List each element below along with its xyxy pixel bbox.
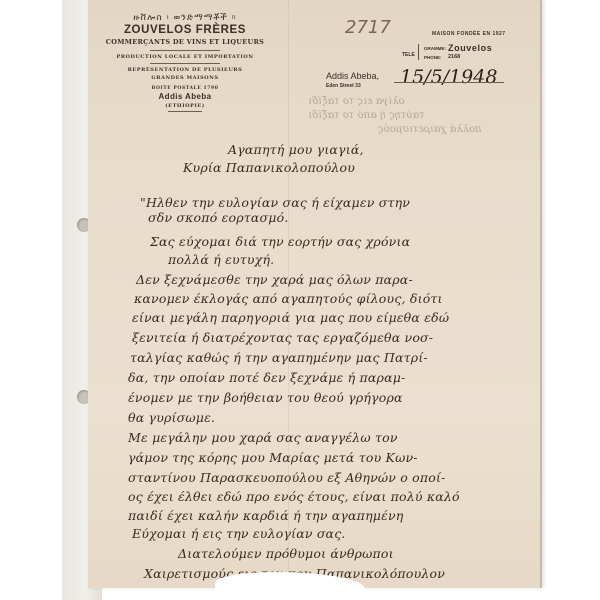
letter-line: ένομεν με την βοήθειαν του θεού γρήγορα <box>128 390 403 405</box>
recipient-name: Κυρία Παπανικολοπούλου <box>183 160 355 175</box>
salutation: Αγαπητή μου γιαγιά, <box>228 142 364 157</box>
street: Eden Street 33 <box>326 83 361 89</box>
date-line <box>394 82 504 83</box>
place: Addis Abeba, <box>326 71 379 81</box>
letter-line: είναι μεγάλη παρηγοριά για μας που είμεθ… <box>132 310 449 325</box>
letter-line: Δεν ξεχνάμεσθε την χαρά μας όλων παρα- <box>136 272 413 287</box>
country: (ETHIOPIE) <box>98 103 272 109</box>
letter-line: "Ηλθεν την ευλογίαν σας ή είχαμεν στην <box>140 195 410 210</box>
letter-line: θα γυρίσωμε. <box>128 410 215 425</box>
firm-name: ZOUVELOS FRÈRES <box>98 24 272 36</box>
bleed-through-text: ταύτης ή από το ταξίδι <box>308 110 425 121</box>
letter-line: Με μεγάλην μου χαρά σας αναγγέλω τον <box>128 430 398 445</box>
letter-line: παιδί έχει καλήν καρδιά ή την αγαπημένη <box>128 508 404 523</box>
phone-label: PHONE: <box>424 55 442 60</box>
divider <box>150 50 220 51</box>
closing: Διατελούμεν πρόθυμοι άνθρωποι <box>178 546 394 561</box>
letter-line: σταντίνου Παρασκευοπούλου εξ Αθηνών ο οπ… <box>128 470 446 485</box>
letter-line: ξενιτεία ή διατρέχοντας τας εργαζόμεθα ν… <box>132 330 433 345</box>
bleed-through-text: ολίγα εις το ταξίδι <box>308 96 405 107</box>
founded: MAISON FONDÉE EN 1927 <box>432 31 506 37</box>
letterhead-line-2: REPRÉSENTATION DE PLUSIEURS <box>98 67 272 73</box>
letter-date: 15/5/1948 <box>400 66 497 88</box>
letter-line: Σας εύχομαι διά την εορτήν σας χρόνια <box>150 234 410 249</box>
letter-line: κανομεν έκλογάς από αγαπητούς φίλους, δι… <box>134 291 443 306</box>
letter-page: ዙቨሎስ ፡ ወንድማማቾች ። ZOUVELOS FRÈRES COMMERÇ… <box>88 0 542 588</box>
divider <box>418 44 419 60</box>
letter-line: Εύχομαι ή εις την ευλογίαν σας. <box>132 526 346 541</box>
letter-line: πολλά ή ευτυχή. <box>168 252 274 267</box>
divider <box>168 111 202 112</box>
letterhead-line-1: PRODUCTION LOCALE ET IMPORTATION <box>98 54 272 60</box>
archive-number: 2717 <box>345 17 391 38</box>
city: Addis Abeba <box>98 92 272 101</box>
phone-value: 2168 <box>448 54 460 60</box>
letter-line: ταλγίας καθώς ή την αγαπημένην μας Πατρί… <box>130 350 428 365</box>
telegram-value: Zouvelos <box>448 43 492 53</box>
firm-subtitle: COMMERÇANTS DE VINS ET LIQUEURS <box>98 38 272 46</box>
letter-line: ος έχει έλθει εδώ προ ενός έτους, είναι … <box>128 489 460 504</box>
letter-line: σδν σκοπό εορτασμό. <box>148 210 289 225</box>
telegram-label: GRAMME: <box>424 46 446 51</box>
letter-line: δα, την οποίαν ποτέ δεν ξεχνάμε ή παραμ- <box>128 370 405 385</box>
tele-label: TELE <box>402 52 415 58</box>
po-box: BOITE POSTALE 1790 <box>98 86 272 91</box>
letterhead-line-3: GRANDES MAISONS <box>98 75 272 81</box>
bleed-through-text: πολλά χαιρετισμούς <box>378 124 482 135</box>
divider <box>150 63 220 64</box>
amharic-name: ዙቨሎስ ፡ ወንድማማቾች ። <box>100 13 270 23</box>
letter-line: γάμον της κόρης μου Μαρίας μετά του Κων- <box>128 450 418 465</box>
